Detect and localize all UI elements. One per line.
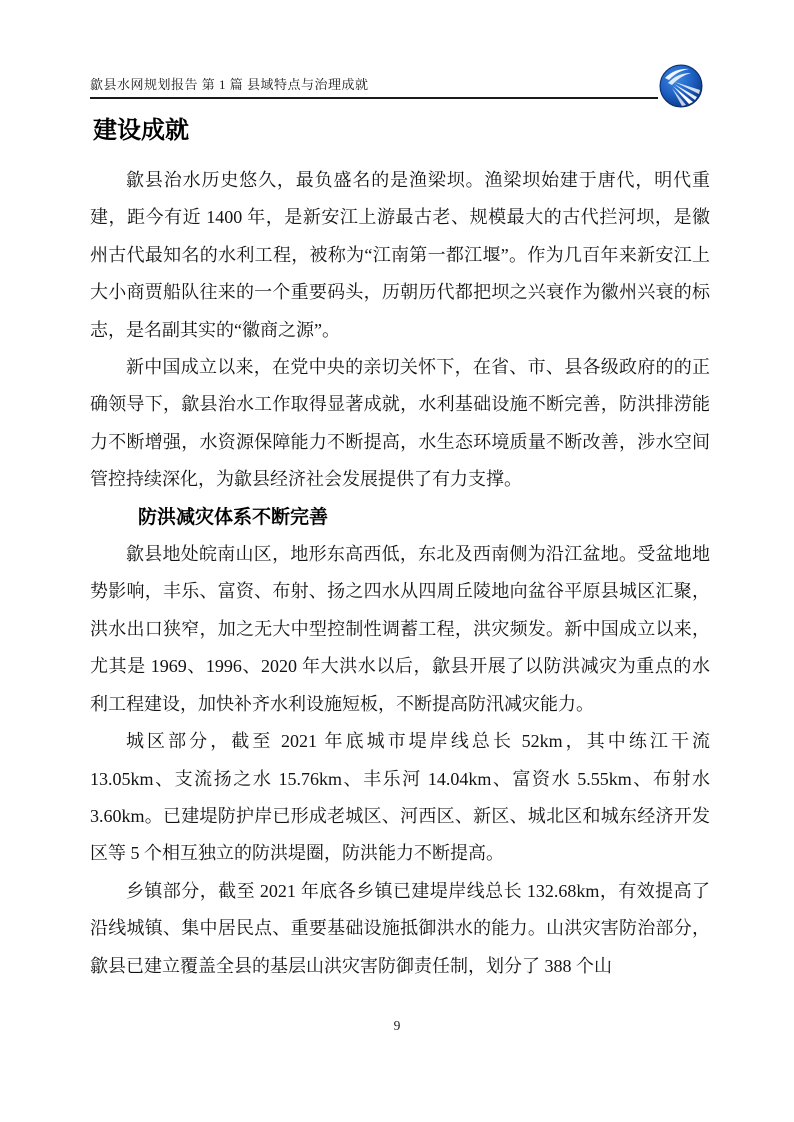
subheading-flood-control: 防洪减灾体系不断完善 <box>90 499 710 536</box>
page-number: 9 <box>0 1018 794 1034</box>
header-title: 歙县水网规划报告 第 1 篇 县域特点与治理成就 <box>90 77 369 92</box>
header-rule: 歙县水网规划报告 第 1 篇 县域特点与治理成就 <box>90 74 658 99</box>
paragraph: 歙县地处皖南山区，地形东高西低，东北及西南侧为沿江盆地。受盆地地势影响，丰乐、富… <box>90 536 710 723</box>
paragraph: 新中国成立以来，在党中央的亲切关怀下，在省、市、县各级政府的的正确领导下，歙县治… <box>90 349 710 499</box>
water-globe-logo-icon <box>659 64 703 108</box>
paragraph: 城区部分，截至 2021 年底城市堤岸线总长 52km，其中练江干流 13.05… <box>90 723 710 873</box>
paragraph: 乡镇部分，截至 2021 年底各乡镇已建堤岸线总长 132.68km，有效提高了… <box>90 873 710 985</box>
document-page: 歙县水网规划报告 第 1 篇 县域特点与治理成就 建设成就 歙县治水历史悠久 <box>0 0 794 1122</box>
paragraph: 歙县治水历史悠久，最负盛名的是渔梁坝。渔梁坝始建于唐代，明代重建，距今有近 14… <box>90 162 710 349</box>
section-heading: 建设成就 <box>93 114 710 148</box>
document-body: 建设成就 歙县治水历史悠久，最负盛名的是渔梁坝。渔梁坝始建于唐代，明代重建，距今… <box>90 108 710 985</box>
